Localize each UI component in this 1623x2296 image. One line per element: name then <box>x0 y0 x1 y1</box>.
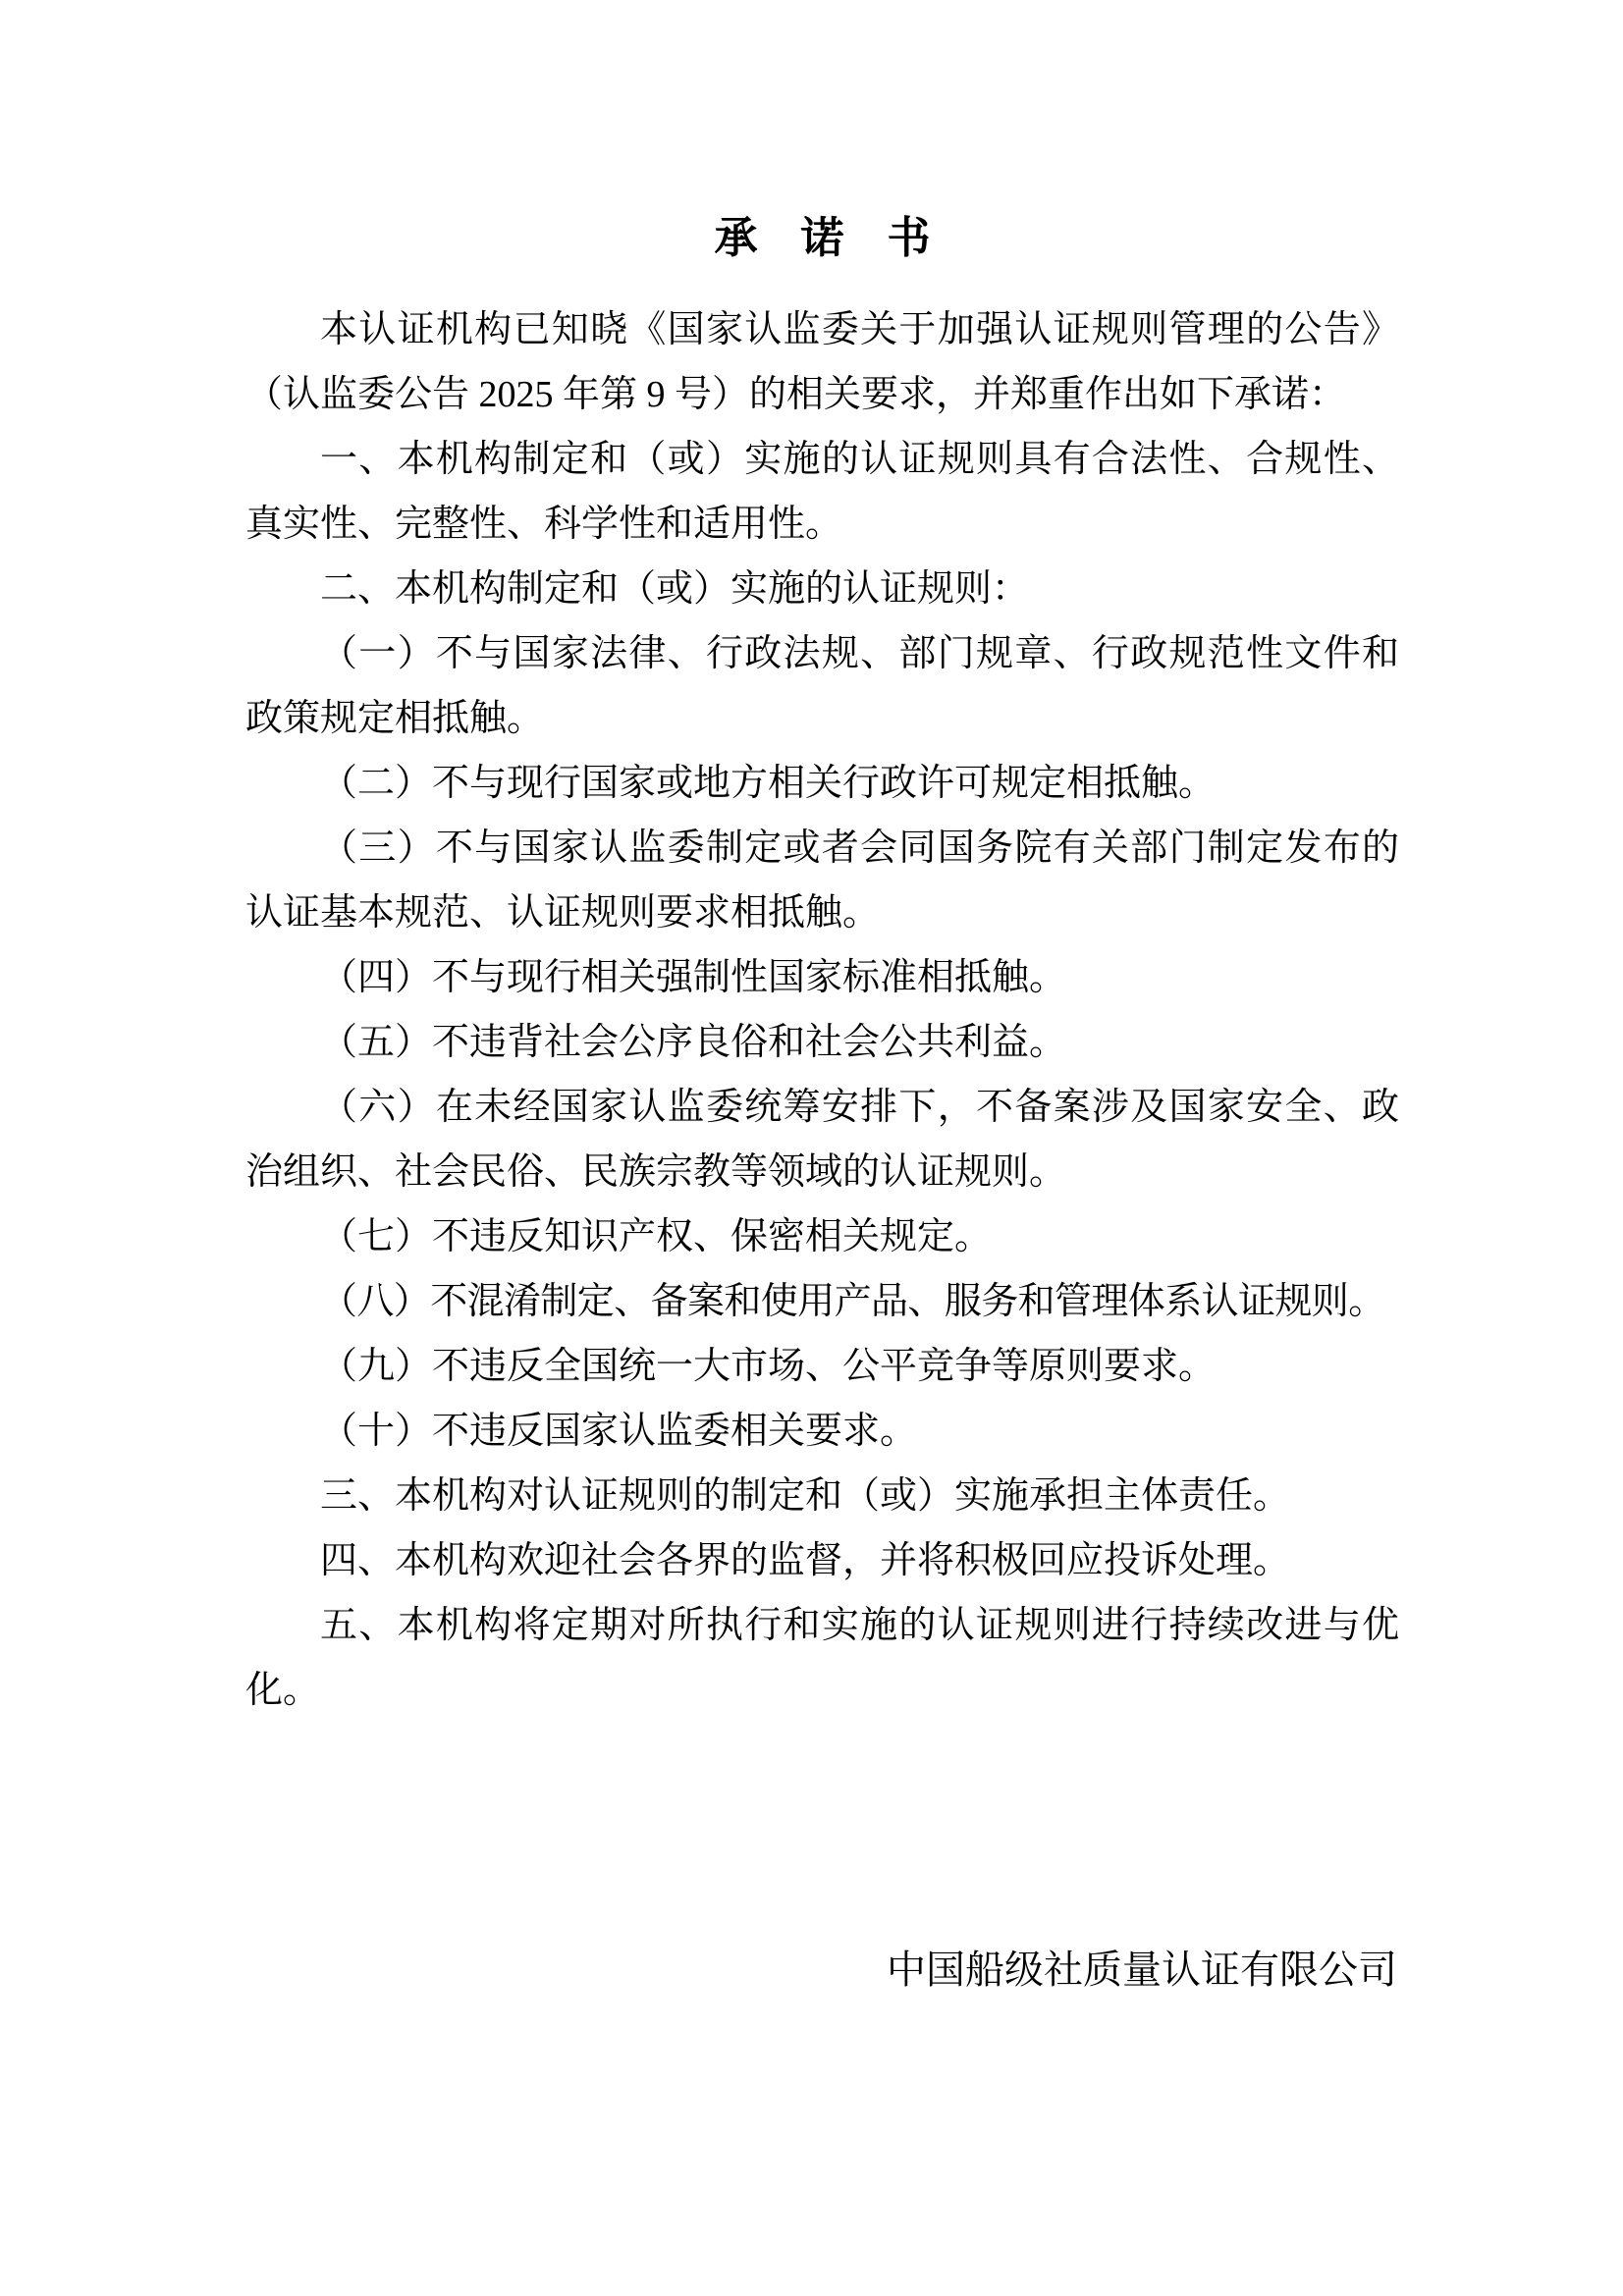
document-page: 承 诺 书 本认证机构已知晓《国家认监委关于加强认证规则管理的公告》（认监委公告… <box>0 0 1623 2296</box>
paragraph-intro: 本认证机构已知晓《国家认监委关于加强认证规则管理的公告》（认监委公告 2025 … <box>245 297 1399 427</box>
document-content: 承 诺 书 本认证机构已知晓《国家认监委关于加强认证规则管理的公告》（认监委公告… <box>245 206 1399 2002</box>
paragraph-subitem-3: （三）不与国家认监委制定或者会同国务院有关部门制定发布的认证基本规范、认证规则要… <box>245 816 1399 945</box>
signature-company-name: 中国船级社质量认证有限公司 <box>245 1938 1399 2002</box>
paragraph-subitem-5: （五）不违背社会公序良俗和社会公共利益。 <box>245 1010 1399 1075</box>
paragraph-subitem-1: （一）不与国家法律、行政法规、部门规章、行政规范性文件和政策规定相抵触。 <box>245 621 1399 751</box>
paragraph-item-5: 五、本机构将定期对所执行和实施的认证规则进行持续改进与优化。 <box>245 1593 1399 1723</box>
paragraph-subitem-10: （十）不违反国家认监委相关要求。 <box>245 1399 1399 1464</box>
paragraph-subitem-7: （七）不违反知识产权、保密相关规定。 <box>245 1204 1399 1269</box>
paragraph-item-3: 三、本机构对认证规则的制定和（或）实施承担主体责任。 <box>245 1464 1399 1528</box>
document-title: 承 诺 书 <box>245 206 1399 271</box>
paragraph-subitem-4: （四）不与现行相关强制性国家标准相抵触。 <box>245 945 1399 1010</box>
paragraph-item-1: 一、本机构制定和（或）实施的认证规则具有合法性、合规性、真实性、完整性、科学性和… <box>245 427 1399 557</box>
paragraph-item-2: 二、本机构制定和（或）实施的认证规则： <box>245 557 1399 621</box>
paragraph-item-4: 四、本机构欢迎社会各界的监督，并将积极回应投诉处理。 <box>245 1528 1399 1593</box>
paragraph-subitem-6: （六）在未经国家认监委统筹安排下，不备案涉及国家安全、政治组织、社会民俗、民族宗… <box>245 1075 1399 1204</box>
paragraph-subitem-9: （九）不违反全国统一大市场、公平竞争等原则要求。 <box>245 1334 1399 1399</box>
paragraph-subitem-8: （八）不混淆制定、备案和使用产品、服务和管理体系认证规则。 <box>245 1269 1399 1334</box>
paragraph-subitem-2: （二）不与现行国家或地方相关行政许可规定相抵触。 <box>245 751 1399 816</box>
